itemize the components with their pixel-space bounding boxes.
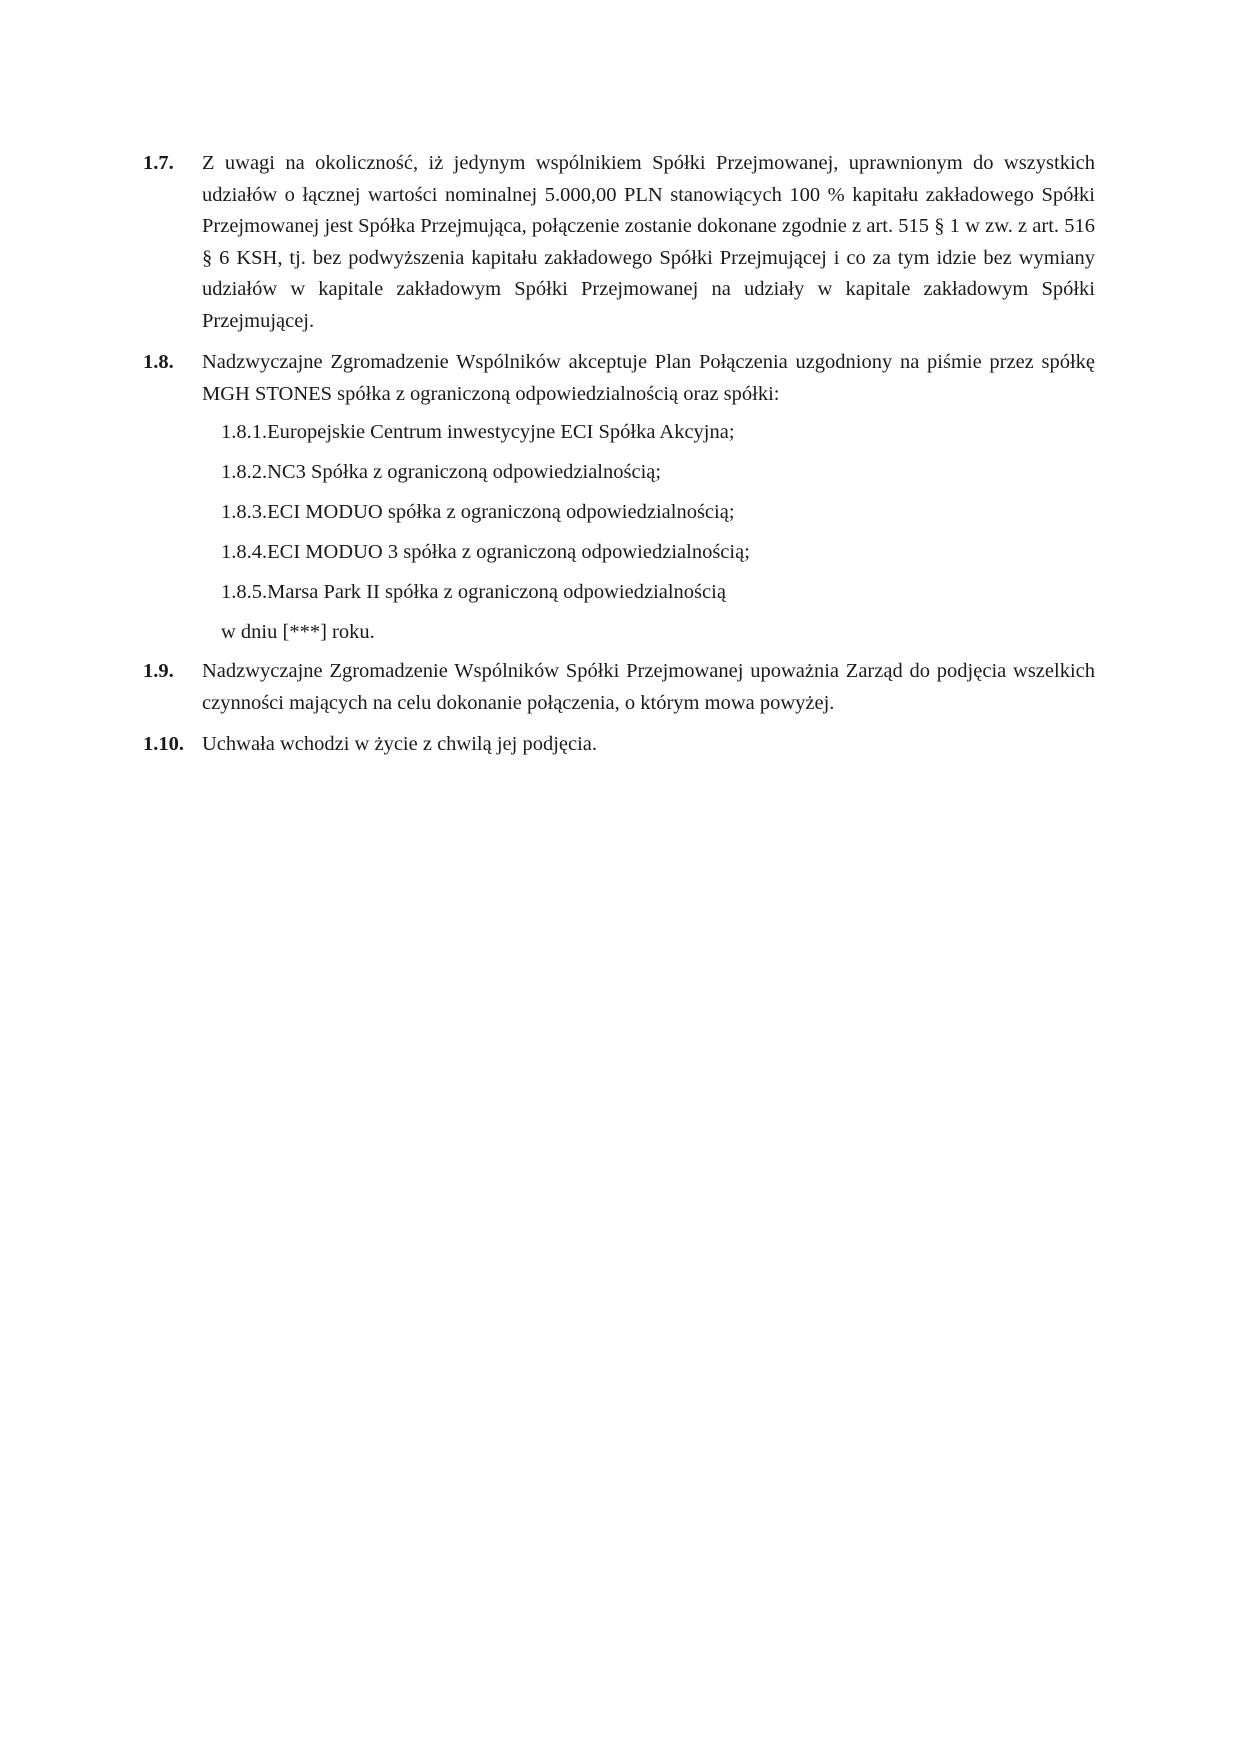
clause-1-10: 1.10. Uchwała wchodzi w życie z chwilą j…: [143, 729, 1095, 761]
clause-list: 1.7. Z uwagi na okoliczność, iż jedynym …: [143, 148, 1095, 771]
list-item: 1.8.4.ECI MODUO 3 spółka z ograniczoną o…: [221, 538, 1095, 566]
clause-text: Nadzwyczajne Zgromadzenie Wspólników akc…: [202, 347, 1095, 410]
document-page: 1.7. Z uwagi na okoliczność, iż jedynym …: [0, 0, 1240, 1754]
date-placeholder-line: w dniu [***] roku.: [202, 618, 1095, 646]
clause-number: 1.10.: [143, 729, 184, 761]
clause-1-8: 1.8. Nadzwyczajne Zgromadzenie Wspólnikó…: [143, 347, 1095, 646]
clause-text: Uchwała wchodzi w życie z chwilą jej pod…: [202, 729, 1095, 761]
clause-number: 1.7.: [143, 148, 174, 180]
clause-1-9: 1.9. Nadzwyczajne Zgromadzenie Wspólnikó…: [143, 656, 1095, 719]
list-item: 1.8.1.Europejskie Centrum inwestycyjne E…: [221, 418, 1095, 446]
clause-text: Z uwagi na okoliczność, iż jedynym wspól…: [202, 148, 1095, 337]
list-item: 1.8.3.ECI MODUO spółka z ograniczoną odp…: [221, 498, 1095, 526]
list-item: 1.8.5.Marsa Park II spółka z ograniczoną…: [221, 578, 1095, 606]
clause-number: 1.8.: [143, 347, 174, 379]
clause-text: Nadzwyczajne Zgromadzenie Wspólników Spó…: [202, 656, 1095, 719]
clause-1-7: 1.7. Z uwagi na okoliczność, iż jedynym …: [143, 148, 1095, 337]
merging-companies-list: 1.8.1.Europejskie Centrum inwestycyjne E…: [202, 418, 1095, 606]
list-item: 1.8.2.NC3 Spółka z ograniczoną odpowiedz…: [221, 458, 1095, 486]
clause-number: 1.9.: [143, 656, 174, 688]
